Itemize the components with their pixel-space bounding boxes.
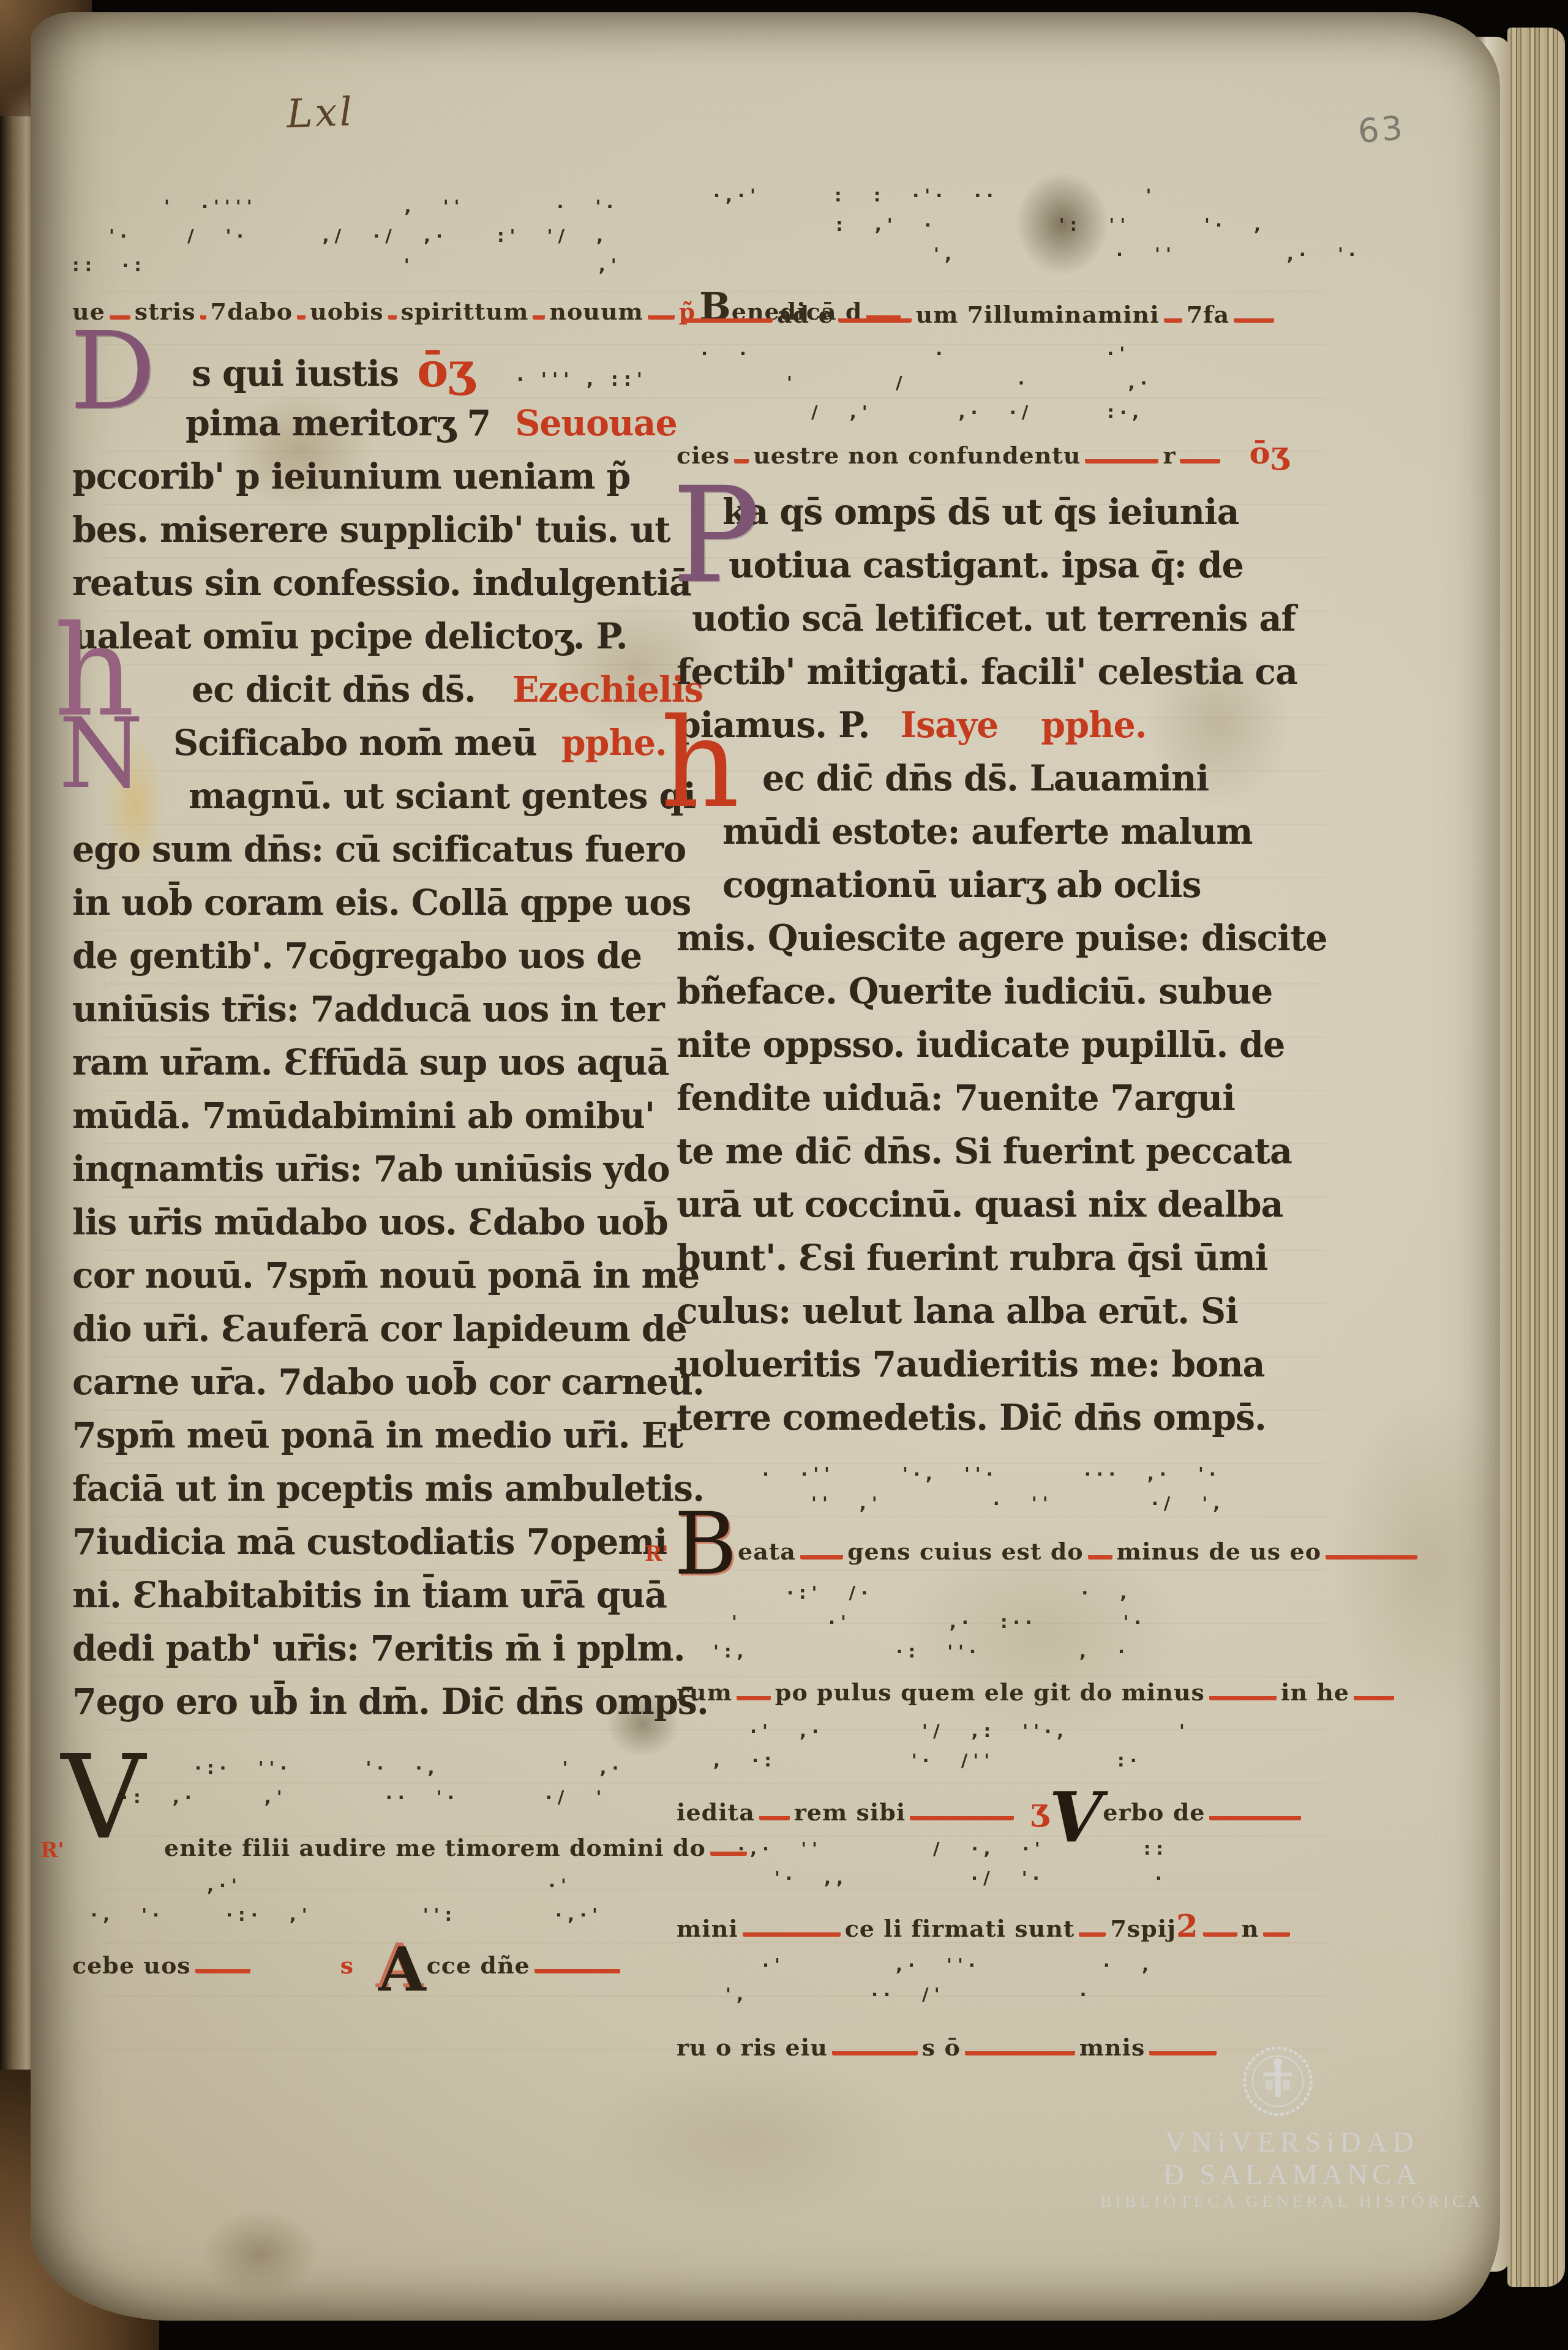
text-run: gens cuius est do (847, 1537, 1084, 1565)
manuscript-text-line: ni. Ɛhabitabitis in t̄iam ur̄ā quā (72, 1569, 655, 1622)
red-underline (910, 1811, 1014, 1820)
text-run: / ·, ·' (933, 1838, 1046, 1859)
manuscript-text-line: bes. miserere supplicib' tuis. ut (72, 503, 655, 557)
text-run: ni. Ɛhabitabitis in t̄iam ur̄ā quā (72, 1575, 667, 1616)
red-underline (297, 310, 306, 320)
text-run: uotiua castigant. ipsa q̄: de (729, 545, 1244, 586)
text-run: / '· (187, 225, 249, 246)
text-run: reatus sin confessio. indulgentiā (72, 563, 691, 604)
red-underline (759, 1811, 790, 1820)
text-run: '· (109, 225, 132, 246)
text-run: 7spm̄ meū ponā in medio ur̄i. Et (72, 1415, 683, 1456)
text-run: culus: uelut lana alba erūt. Si (677, 1291, 1238, 1332)
manuscript-text-line: mis. Quiescite agere puise: discite (677, 912, 1295, 965)
red-underline (737, 1691, 771, 1700)
manuscript-text-line: ego sum dn̄s: cū scificatus fuero (72, 823, 655, 876)
text-run: uobis (310, 298, 383, 325)
text-run: ·· /' (871, 1984, 945, 2005)
neume-row: ' ·'''', ''· '· (72, 192, 655, 221)
text-run: enite filii audire me timorem domini do (164, 1834, 706, 1861)
stamp-institution-line1: VNiVERSiDAD (1096, 2126, 1488, 2159)
text-run: dio ur̄i. Ɛauferā cor lapideum de (72, 1308, 687, 1350)
neume-row: ·' ,·'/ ,: ''·,' (677, 1716, 1295, 1746)
text-run: de gentib'. 7cōgregabo uos de (72, 936, 642, 977)
text-run: · '· (557, 196, 618, 217)
text-run: , '' (405, 196, 465, 217)
text-run: ad e (777, 301, 834, 328)
text-run: ec dicit dn̄s ds̄. (192, 669, 476, 710)
red-underline (1263, 1927, 1290, 1937)
text-run: ,· (1128, 372, 1153, 393)
text-run: uolueritis 7audieritis me: bona (677, 1344, 1265, 1385)
text-run: '· (1123, 1612, 1147, 1632)
manuscript-text-line: piamus. P.Isayepphe. (677, 699, 1295, 752)
text-run: fendite uiduā: 7uenite 7argui (677, 1078, 1235, 1119)
manuscript-text-line: ram ur̄am. Ɛffūdā sup uos aquā (72, 1036, 655, 1089)
text-run: te me dic̄ dn̄s. Si fuerint peccata (677, 1131, 1292, 1172)
text-run: : ,' · (836, 214, 937, 235)
manuscript-text-line: uolueritis 7audieritis me: bona (677, 1338, 1295, 1391)
text-run: s ō (922, 2033, 961, 2061)
text-run: / (896, 372, 908, 393)
rubric-text: pphe. (1041, 705, 1146, 746)
red-underline (533, 310, 545, 320)
text-run: ' ,· (563, 1757, 625, 1778)
manuscript-text-line: uniūsis tr̄is: 7adducā uos in ter (72, 983, 655, 1036)
text-run: · '' (1116, 244, 1177, 265)
manuscript-text-line: mūdi estote: auferte malum (677, 805, 1295, 858)
manuscript-text-line: dedi patb' ur̄is: 7eritis m̄ i pplm. (72, 1622, 655, 1675)
red-underline (535, 1964, 620, 1973)
manuscript-text-line: cor nouū. 7spm̄ nouū ponā in me (72, 1249, 655, 1302)
text-run: ' (732, 1612, 743, 1632)
text-run: po pulus quem ele git do minus (775, 1678, 1205, 1706)
neume-row: / ,',· ·/:·, (677, 397, 1295, 427)
chant-text-line: ru o ris eius ōmnis (677, 2030, 1295, 2065)
red-underline (1164, 313, 1182, 323)
text-run: ,·' (207, 1875, 242, 1896)
manuscript-text-line: uotiua castigant. ipsa q̄: de (677, 539, 1295, 592)
text-run: · · (701, 343, 752, 364)
manuscript-text-line: hec dic̄ dn̄s ds̄. Lauamini (677, 752, 1295, 805)
manuscript-text-line: carne ur̄a. 7dabo uob̄ cor carneū. (72, 1356, 655, 1409)
manuscript-text-line: pima meritorʒ 7Seuouae (72, 397, 655, 450)
rubric-text: Seuouae (515, 403, 677, 444)
text-run: iedita (677, 1798, 755, 1826)
text-run: R' (40, 1833, 64, 1868)
rubric-text: ʒ (1030, 1792, 1049, 1828)
text-run: s qui iustis (192, 353, 399, 394)
text-run: ·, '· (91, 1904, 165, 1925)
text-run: nouum (549, 298, 643, 325)
text-run: cce dñe (427, 1951, 530, 1979)
text-run: :·, (1107, 402, 1144, 422)
neume-row: ',· '',· '· (677, 239, 1295, 269)
text-run: faciā ut in pceptis mis ambuletis. (72, 1468, 704, 1509)
illuminated-initial: B (674, 1502, 738, 1588)
chant-text-line: R'Venite filii audire me timorem domini … (72, 1830, 655, 1866)
text-run: · , (1103, 1954, 1154, 1975)
text-run: ' (404, 255, 415, 276)
text-run: terre comedetis. Dic̄ dn̄s omps̄. (677, 1397, 1266, 1438)
neume-row: , ·:'· /'':· (677, 1746, 1295, 1775)
text-run: cebe uos (72, 1951, 191, 1979)
text-run: '· /'' (912, 1750, 995, 1771)
neume-row: ':,·: ''·, · (677, 1637, 1295, 1666)
neume-row: ·,· ''/ ·, ·':: (677, 1834, 1295, 1863)
red-underline (200, 310, 206, 320)
manuscript-text-line: dio ur̄i. Ɛauferā cor lapideum de (72, 1302, 655, 1356)
red-underline (1209, 1691, 1277, 1700)
red-underline (832, 2046, 918, 2055)
manuscript-text-line: bunt'. Ɛsi fuerint rubra q̄si ūmi (677, 1231, 1295, 1285)
neume-row: '·',· :··'· (677, 1607, 1295, 1637)
red-underline (965, 2046, 1075, 2055)
text-run: ec dic̄ dn̄s ds̄. Lauamini (762, 758, 1209, 799)
rubric-text: 2 (1176, 1908, 1199, 1945)
stain (1335, 1390, 1518, 1733)
text-run: magnū. ut sciant gentes qi (189, 776, 696, 817)
text-run: dedi patb' ur̄is: 7eritis m̄ i pplm. (72, 1628, 685, 1669)
red-underline (1149, 2046, 1217, 2055)
text-run: / ,' (811, 402, 873, 422)
red-underline (648, 310, 675, 320)
text-run: fectib' mitigati. facili' celestia ca (677, 651, 1297, 693)
text-run: '' ,' (811, 1493, 883, 1514)
text-run: · (936, 343, 948, 364)
text-run: mini (677, 1915, 738, 1942)
text-run: lis ur̄is mūdabo uos. Ɛdabo uob̄ (72, 1202, 668, 1243)
text-run: '/ ,: ''·, (922, 1721, 1069, 1741)
text-run: 7spij (1110, 1915, 1176, 1942)
manuscript-text-line: Pka qs̄ omps̄ ds̄ ut q̄s ieiunia (677, 486, 1295, 539)
red-underline (1079, 1927, 1106, 1937)
manuscript-text-line: 7spm̄ meū ponā in medio ur̄i. Et (72, 1409, 655, 1462)
text-run: Scificabo nom̄ meū (173, 723, 537, 764)
text-run: · ''' , ::' (517, 369, 648, 391)
stain (582, 2051, 912, 2223)
text-run: '·, ''· (902, 1463, 999, 1484)
stain (202, 2210, 318, 2296)
neume-row: ·: ,·,'·· '··/ ' (72, 1782, 655, 1812)
text-run: um 7illuminamini (916, 301, 1160, 328)
chant-text-line: cebe uossAcce dñe (72, 1948, 655, 1983)
text-run: ·: ''· (896, 1641, 981, 1662)
red-underline (1085, 454, 1158, 464)
text-run: n (1242, 1915, 1259, 1942)
text-run: ,· ·/ (959, 402, 1034, 422)
illuminated-initial: V (61, 1740, 146, 1856)
text-run: · (1155, 1868, 1168, 1888)
text-run: bunt'. Ɛsi fuerint rubra q̄si ūmi (677, 1237, 1267, 1278)
text-run: ·,· '' (738, 1838, 823, 1859)
neume-row: '· ,,·/ '·· (677, 1863, 1295, 1893)
text-run: ', (726, 1984, 749, 2005)
chant-text-line: ciesuestre non confundenturōʒ (677, 435, 1295, 471)
text-run: pima meritorʒ 7 (186, 403, 490, 444)
red-underline (1180, 454, 1220, 464)
chant-text-line: ad eum 7illuminamini7fa (677, 297, 1295, 332)
neume-row: ·:· ''·'· ·,' ,· (72, 1753, 655, 1782)
left-text-column: ' ·'''', ''· '·'·/ '·,/ ·/ ,·:' '/ ,::·:… (72, 181, 655, 1983)
text-run: ,/ ·/ ,· (323, 225, 448, 246)
text-run: '· ,, (775, 1868, 849, 1888)
red-underline (1203, 1927, 1237, 1937)
text-run: R' (645, 1536, 669, 1572)
text-run: :: (1144, 1838, 1169, 1859)
text-run: ,· '· (1287, 244, 1361, 265)
text-run: ,' (599, 255, 622, 276)
text-run: ' (1146, 185, 1157, 206)
text-run: ego sum dn̄s: cū scificatus fuero (72, 829, 686, 870)
text-run: ·' ,· (750, 1721, 824, 1741)
text-run: r (1163, 441, 1176, 469)
text-run: · (1080, 1984, 1092, 2005)
text-run: mūdā. 7mūdabimini ab omibu' (72, 1095, 655, 1136)
manuscript-photo: { "page": { "folio_mark": "Lxl", "page_n… (0, 0, 1568, 2350)
text-run: ,· :·· (950, 1612, 1038, 1632)
text-run: eata (738, 1537, 796, 1565)
rubric-text: ōʒ (417, 342, 474, 397)
red-underline (800, 1550, 843, 1560)
text-run: ,· ''· (896, 1954, 981, 1975)
red-underline (1354, 1691, 1394, 1700)
neume-row: ::·:',' (72, 250, 655, 280)
text-run: ce li firmati sunt (845, 1915, 1075, 1942)
red-underline (838, 313, 912, 323)
text-run: 7fa (1187, 301, 1229, 328)
text-run: spirittum (401, 298, 529, 325)
manuscript-text-line: pccorib' p ieiunium ueniam p̃ (72, 450, 655, 503)
text-run: , ·: (713, 1750, 777, 1771)
text-run: ':, (713, 1641, 749, 1662)
text-run: mūdi estote: auferte malum (722, 811, 1253, 852)
rubric-text: ōʒ (1249, 435, 1289, 471)
text-run: ·' (1107, 343, 1130, 364)
text-run: ·' (828, 1612, 852, 1632)
text-run: in uob̄ coram eis. Collā qppe uos (72, 882, 691, 923)
neume-row: · ···' (677, 339, 1295, 368)
manuscript-text-line: uotio scā letificet. ut terrenis af (677, 592, 1295, 645)
neume-row: ·',· ''·· , (677, 1950, 1295, 1980)
text-run: bñeface. Querite iudiciū. subue (677, 971, 1272, 1012)
neume-row: · ·'''·, ''···· ,· '· (677, 1459, 1295, 1488)
manuscript-text-line: Ds qui iustisōʒ· ''' , ::' (72, 343, 655, 397)
text-run: ': '' (1059, 214, 1131, 235)
text-run: · '' (993, 1493, 1054, 1514)
text-run: inqnamtis ur̄is: 7ab uniūsis ydo (72, 1149, 670, 1190)
text-run: pccorib' p ieiunium ueniam p̃ (72, 456, 630, 497)
text-run: uotio scā letificet. ut terrenis af (692, 598, 1296, 639)
text-run: ·:' /· (787, 1582, 873, 1603)
chant-text-line: uestris7dabouobisspirittumnouump̃Benedic… (72, 290, 655, 325)
text-run: 7ego ero ub̄ in dm̄. Dic̄ dn̄s omps̄. (72, 1681, 708, 1722)
text-run: :: (72, 255, 97, 276)
text-run: ', (934, 244, 957, 265)
text-run: ' (1179, 1721, 1190, 1741)
chant-text-line: rumpo pulus quem ele git do minusin he (677, 1675, 1295, 1710)
manuscript-text-line: hec dicit dn̄s ds̄.Ezechielis (72, 663, 655, 716)
neume-row: ,·'·' (72, 1871, 655, 1900)
text-run: , · (1079, 1641, 1130, 1662)
manuscript-text-line: urā ut coccinū. quasi nix dealba (677, 1178, 1295, 1231)
text-run: ·,·' (555, 1904, 603, 1925)
text-run: bes. miserere supplicib' tuis. ut (72, 509, 670, 550)
text-run: ·/ ', (1152, 1493, 1226, 1514)
text-run: '': (423, 1904, 457, 1925)
text-run: ·/ ' (546, 1787, 607, 1808)
manuscript-text-line: bñeface. Querite iudiciū. subue (677, 965, 1295, 1018)
manuscript-text-line: cognationū uiarʒ ab oclis (677, 858, 1295, 912)
red-underline (195, 1964, 250, 1973)
text-run: ru o ris eiu (677, 2033, 828, 2061)
text-run: mnis (1079, 2033, 1146, 2061)
manuscript-text-line: magnū. ut sciant gentes qi (72, 770, 655, 823)
text-run: ·,·' (713, 185, 761, 206)
text-run: 7iudicia mā custodiatis 7opemi (72, 1522, 667, 1563)
folio-mark: Lxl (286, 89, 356, 137)
text-run: '· ·, (366, 1757, 440, 1778)
rubric-text: pphe. (561, 723, 667, 764)
text-run: : : ·'· ·· (835, 185, 999, 206)
manuscript-text-line: nite oppsso. iudicate pupillū. de (677, 1018, 1295, 1072)
neume-row: ',·· /'· (677, 1980, 1295, 2009)
stamp-institution-line2: Ð SALAMANCA (1096, 2158, 1488, 2191)
text-run: minus de us eo (1117, 1537, 1321, 1565)
red-underline (1209, 1811, 1301, 1820)
text-run: mis. Quiescite agere puise: discite (677, 918, 1327, 959)
text-run: :· (1117, 1750, 1142, 1771)
red-underline (681, 313, 773, 323)
manuscript-text-line: ualeat omīu pcipe delictoʒ. P. (72, 610, 655, 663)
neume-row: ·:' /·· , (677, 1578, 1295, 1607)
text-run: · (1018, 372, 1030, 393)
neume-row: ·, '··:· ,''':·,·' (72, 1900, 655, 1929)
text-run: carne ur̄a. 7dabo uob̄ cor carneū. (72, 1362, 704, 1403)
text-run: cognationū uiarʒ ab oclis (722, 865, 1201, 906)
text-run: ·' (549, 1875, 572, 1896)
manuscript-text-line: lis ur̄is mūdabo uos. Ɛdabo uob̄ (72, 1196, 655, 1249)
red-underline (1234, 313, 1274, 323)
manuscript-text-line: 7iudicia mā custodiatis 7opemi (72, 1515, 655, 1569)
manuscript-text-line: in uob̄ coram eis. Collā qppe uos (72, 876, 655, 929)
manuscript-text-line: mūdā. 7mūdabimini ab omibu' (72, 1089, 655, 1143)
manuscript-text-line: fendite uiduā: 7uenite 7argui (677, 1072, 1295, 1125)
text-run: cor nouū. 7spm̄ nouū ponā in me (72, 1255, 699, 1296)
manuscript-text-line: inqnamtis ur̄is: 7ab uniūsis ydo (72, 1143, 655, 1196)
text-run: ' ·'''' (164, 196, 258, 217)
manuscript-text-line: de gentib'. 7cōgregabo uos de (72, 929, 655, 983)
red-underline (1326, 1550, 1417, 1560)
neume-row: : ,' ·': '''· , (677, 210, 1295, 239)
stamp-library-line: BIBLIOTECA GENERAL HISTÓRICA (1071, 2192, 1512, 2212)
manuscript-text-line: 7ego ero ub̄ in dm̄. Dic̄ dn̄s omps̄. (72, 1675, 655, 1729)
red-underline (388, 310, 397, 320)
manuscript-text-line: faciā ut in pceptis mis ambuletis. (72, 1462, 655, 1515)
text-run: :' '/ , (497, 225, 609, 246)
text-run: ·:· ''· (195, 1757, 293, 1778)
text-run: ·' (762, 1954, 786, 1975)
text-run: uestre non confundentu (753, 441, 1081, 469)
text-run: ·· '· (386, 1787, 460, 1808)
chant-text-line: minice li firmati sunt7spij2n (677, 1909, 1295, 1944)
text-run: urā ut coccinū. quasi nix dealba (677, 1184, 1283, 1225)
manuscript-text-line: NScificabo nom̄ meūpphe. (72, 716, 655, 770)
text-run: ram ur̄am. Ɛffūdā sup uos aquā (72, 1042, 669, 1083)
rubric-text: Isaye (900, 705, 998, 746)
manuscript-text-line: culus: uelut lana alba erūt. Si (677, 1285, 1295, 1338)
neume-row: ·,·': : ·'· ··' (677, 181, 1295, 210)
text-run: uniūsis tr̄is: 7adducā uos in ter (72, 989, 664, 1030)
manuscript-text-line: reatus sin confessio. indulgentiā (72, 557, 655, 610)
text-run: ,' (264, 1787, 288, 1808)
text-run: ·:· ,' (226, 1904, 313, 1925)
text-run: ualeat omīu pcipe delictoʒ. P. (72, 616, 628, 657)
text-run: rem sibi (794, 1798, 906, 1826)
chant-text-line: ieditarem sibiʒVerbo de (677, 1792, 1295, 1828)
text-run: · , (1081, 1582, 1132, 1603)
text-run: rum (677, 1678, 732, 1706)
right-text-column: ·,·': : ·'· ··': ,' ·': '''· ,',· '',· '… (677, 181, 1295, 2065)
text-run: erbo de (1103, 1798, 1205, 1826)
text-run: ··· ,· '· (1084, 1463, 1221, 1484)
text-run: ' (787, 372, 798, 393)
rubric-text: s (340, 1951, 354, 1979)
neume-row: '·/ '·,/ ·/ ,·:' '/ , (72, 221, 655, 250)
text-run: ·/ '· (971, 1868, 1045, 1888)
chant-text-line: R'Beatagens cuius est dominus de us eo (677, 1534, 1295, 1569)
text-run: in he (1281, 1678, 1349, 1706)
text-run: ka qs̄ omps̄ ds̄ ut q̄s ieiunia (722, 492, 1239, 533)
red-underline (1088, 1550, 1112, 1560)
manuscript-text-line: fectib' mitigati. facili' celestia ca (677, 645, 1295, 699)
manuscript-text-line: terre comedetis. Dic̄ dn̄s omps̄. (677, 1391, 1295, 1444)
text-run: nite oppsso. iudicate pupillū. de (677, 1024, 1285, 1065)
university-seal-icon (1242, 2045, 1314, 2117)
text-run: ·: (122, 255, 147, 276)
red-underline (743, 1927, 841, 1937)
text-run: '· , (1204, 214, 1266, 235)
text-run: 7dabo (211, 298, 293, 325)
neume-row: '/·,· (677, 368, 1295, 397)
page-number-pencil: 63 (1356, 108, 1406, 151)
text-run: · ·'' (762, 1463, 835, 1484)
neume-row: '' ,'· ''·/ ', (677, 1488, 1295, 1518)
manuscript-text-line: te me dic̄ dn̄s. Si fuerint peccata (677, 1125, 1295, 1178)
fore-edge-page-stack (1507, 28, 1565, 2287)
